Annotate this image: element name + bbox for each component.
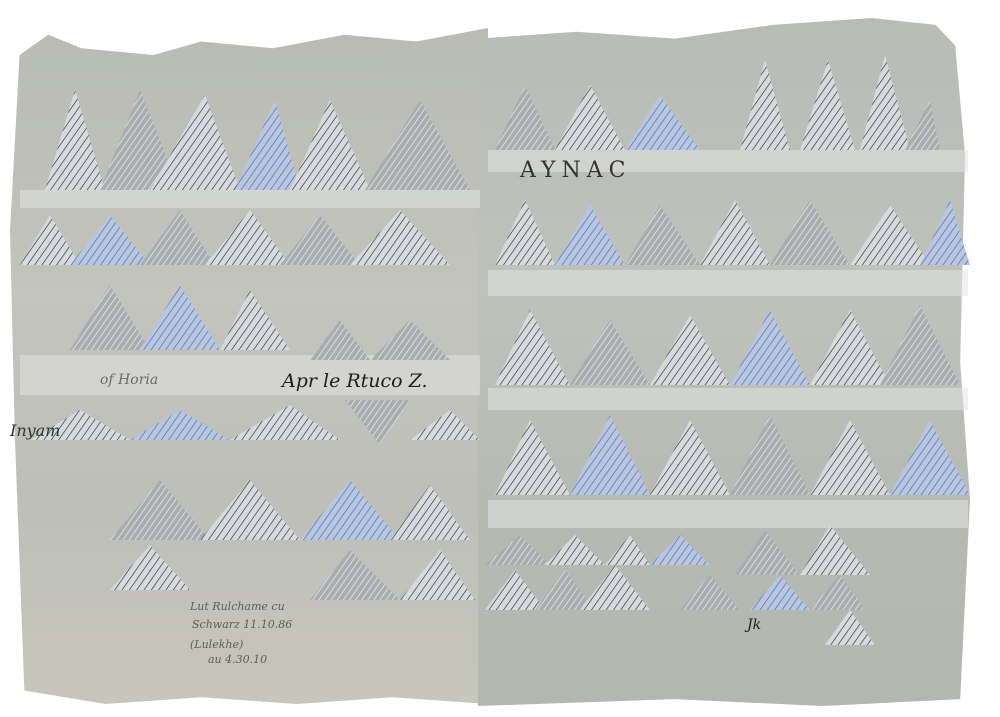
left-row-3 xyxy=(70,285,450,360)
handwritten-note-line: au 4.30.10 xyxy=(208,653,267,666)
handwritten-note-line: Schwarz 11.10.86 xyxy=(192,618,292,631)
right-row-5 xyxy=(485,525,870,575)
mountain-rows xyxy=(0,0,1000,717)
left-row-1 xyxy=(45,90,470,190)
right-row-6 xyxy=(485,565,875,645)
right-row-2 xyxy=(495,200,970,265)
right-row-1 xyxy=(495,55,940,150)
handwritten-horia: of Horia xyxy=(100,372,158,388)
left-row-2 xyxy=(20,210,450,265)
left-row-4 xyxy=(30,400,480,445)
artwork: AYNAC of Horia Apr le Rtuco Z. Inyam Lut… xyxy=(0,0,1000,717)
left-row-5 xyxy=(110,480,470,540)
handwritten-aynac: AYNAC xyxy=(520,158,632,183)
handwritten-note-line: Lut Rulchame cu xyxy=(190,600,285,613)
left-row-6 xyxy=(110,545,475,600)
handwritten-initial: Jk xyxy=(747,617,761,633)
handwritten-inyam: Inyam xyxy=(10,421,60,440)
right-row-4 xyxy=(495,415,970,495)
handwritten-april: Apr le Rtuco Z. xyxy=(282,370,428,392)
right-row-3 xyxy=(495,305,960,385)
handwritten-note-line: (Lulekhe) xyxy=(190,638,243,651)
